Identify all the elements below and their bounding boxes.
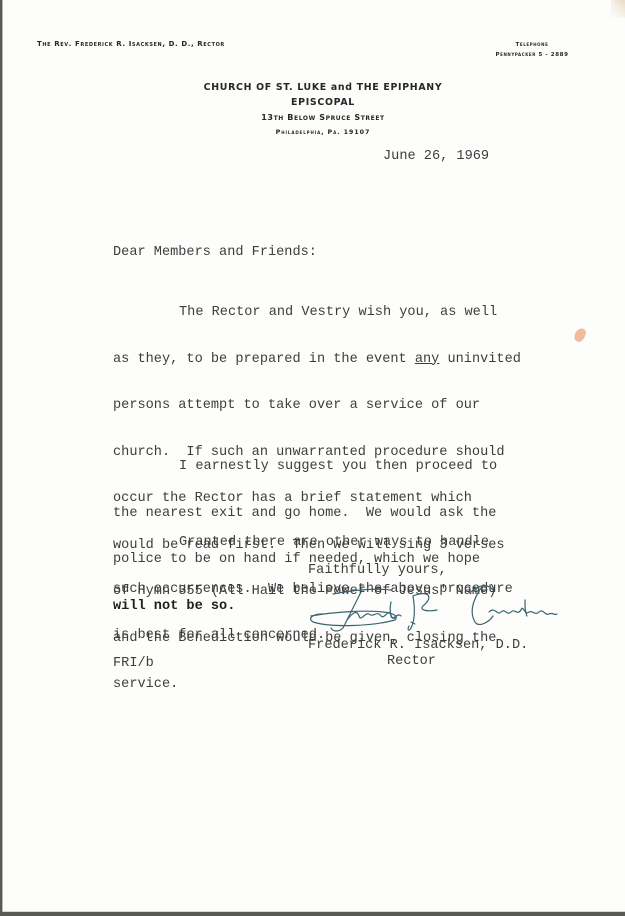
signer-name: Frederick R. Isacksen, D.D.	[308, 638, 528, 654]
telephone-number: Pennypacker 5 - 2889	[473, 50, 591, 60]
telephone-label: Telephone	[473, 40, 591, 50]
paper-stain-mark	[573, 327, 588, 344]
text-run: as they, to be prepared in the event	[113, 352, 415, 367]
paragraph-1-line: persons attempt to take over a service o…	[113, 398, 521, 414]
paragraph-1-line: as they, to be prepared in the event any…	[113, 352, 521, 368]
church-street: 13th Below Spruce Street	[153, 110, 493, 125]
handwritten-signature-icon	[303, 582, 558, 637]
paper-corner-crease	[611, 0, 625, 18]
letterhead-church-block: CHURCH OF ST. LUKE and THE EPIPHANY EPIS…	[153, 80, 493, 140]
typist-initials: FRI/b	[113, 656, 154, 672]
underlined-word-any: any	[415, 352, 439, 367]
paragraph-1-line: The Rector and Vestry wish you, as well	[113, 305, 521, 321]
church-denomination: EPISCOPAL	[153, 95, 493, 110]
paragraph-1-line: service.	[113, 677, 521, 693]
church-city: Philadelphia, Pa. 19107	[153, 125, 493, 140]
letter-closing: Faithfully yours,	[308, 563, 447, 579]
letter-salutation: Dear Members and Friends:	[113, 245, 317, 261]
paragraph-3-line: Granted there are other ways to handle	[113, 535, 513, 551]
text-run: uninvited	[439, 352, 521, 367]
letterhead-telephone: Telephone Pennypacker 5 - 2889	[473, 40, 591, 60]
signer-title: Rector	[387, 654, 436, 670]
letterhead-rector-line: The Rev. Frederick R. Isacksen, D. D., R…	[37, 40, 225, 48]
letter-page: The Rev. Frederick R. Isacksen, D. D., R…	[2, 0, 625, 912]
letter-date: June 26, 1969	[383, 149, 489, 165]
paragraph-2-line: I earnestly suggest you then proceed to	[113, 459, 497, 475]
church-name: CHURCH OF ST. LUKE and THE EPIPHANY	[153, 80, 493, 95]
